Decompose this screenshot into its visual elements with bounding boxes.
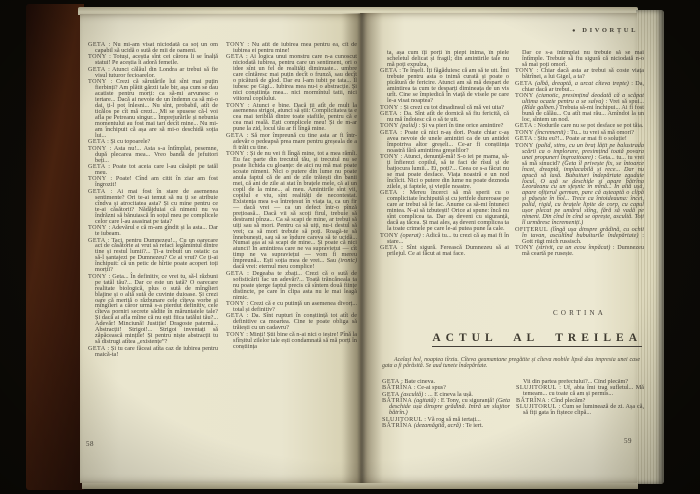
- dialogue-line: GETA : Poate că nici n-aș dori. Poate ch…: [380, 130, 509, 154]
- act-heading: ACTUL AL TREILEA: [380, 332, 642, 347]
- page-number-right: 59: [624, 437, 632, 445]
- dialogue-line: TONY : Crezi că sărutările lui sînt mai …: [88, 79, 218, 139]
- left-page-column-1: GETA : Nu mi-am visat niciodată ca soț u…: [88, 42, 218, 450]
- dialogue-line: TONY (strivit, ca un ecou împăcat) : Dum…: [515, 245, 644, 257]
- dialogue-line: TONY : Geta... În definitiv, ce vrei tu,…: [88, 274, 218, 345]
- dialogue-line: TONY (cianotic, presimțind deodată că a …: [515, 93, 644, 123]
- dialogue-line: TONY : Atunci, denunță-mă! S-o iei pe ma…: [380, 154, 509, 190]
- dialogue-line: SLUJITORUL : Cum se luminează de zi. Așa…: [516, 404, 644, 416]
- left-page-column-2: TONY : Nu atît de iubirea mea pentru ea,…: [226, 42, 357, 450]
- dialogue-line: TONY : Și de nu vei fi lîngă mine, tot a…: [226, 151, 357, 270]
- book-cover-edge: [26, 4, 84, 490]
- dialogue-line: TONY : Chiar dacă asta ar trebui să cost…: [515, 68, 644, 80]
- dialogue-line: SLUJITORUL : Uf, abia îmi trag sufletul.…: [516, 385, 644, 397]
- dialogue-line: GETA : Da. Sînt atît de dornică să fiu f…: [380, 111, 509, 123]
- running-header-title: DIVORȚUL: [582, 27, 638, 34]
- dialogue-line: TONY : Nu atît de iubirea mea pentru ea,…: [226, 42, 357, 54]
- dialogue-line: GETA : Ai logica unui monstru care n-a c…: [226, 54, 357, 102]
- dialogue-line: TONY : Minți! Știi bine că n-ai nici o i…: [226, 332, 357, 350]
- act-column-1: GETA : Bate cineva.BĂTRÎNA : Ce-ai spus?…: [382, 379, 510, 451]
- dialogue-line: GETA : Poate tot aceia care l-au căsăpit…: [88, 164, 218, 176]
- dialogue-line: GETA : Să mor împreună cu tine asta ar f…: [226, 133, 357, 151]
- page-edges-bottom: [82, 482, 638, 489]
- act-stage-direction: Același hol, noaptea tîrziu. Cîteva geam…: [382, 357, 640, 369]
- dialogue-line: GETA : Ai mai fost în stare de asemenea …: [88, 189, 218, 225]
- dialogue-line: ta, așa cum îți porți în piept inima, în…: [380, 50, 509, 68]
- dialogue-line: TONY : Poate! Cînd am citit în ziar am f…: [88, 176, 218, 188]
- dialogue-line: GETA : Taci, pentru Dumnezeu!... Cu un o…: [88, 238, 218, 274]
- dialogue-line: GETA : Sînt sigură. Ferească Dumnezeu să…: [380, 245, 509, 257]
- dialogue-line: TONY (palid, stins, cu un braț lățit pe …: [515, 143, 644, 226]
- dialogue-line: GETA : Da. Sînt rupturi în conștiință to…: [226, 313, 357, 331]
- dialogue-line: TONY : Atunci e bine. Dacă ții atît de m…: [226, 103, 357, 133]
- bullet-icon: ●: [572, 28, 578, 34]
- dialogue-line: TONY : Adevărul e că m-am gîndit și la a…: [88, 225, 218, 237]
- dialogue-line: GETA : Degeaba te zbați... Crezi că o su…: [226, 271, 357, 301]
- running-header: ● DIVORȚUL: [505, 27, 638, 34]
- dialogue-line: Dar ce s-a întîmplat nu trebuie să se ma…: [515, 50, 644, 68]
- dialogue-line: GETA : Atunci călăul din Londra ar trebu…: [88, 67, 218, 79]
- page-number-left: 58: [86, 440, 94, 448]
- dialogue-line: TONY : Totuși, aceștia sînt cei cărora l…: [88, 54, 218, 66]
- cortina-label: CORTINA: [515, 309, 644, 317]
- dialogue-line: TONY : Crezi că e cu putință un asemenea…: [226, 301, 357, 313]
- right-page-column-1: ta, așa cum îți porți în piept inima, în…: [380, 50, 509, 304]
- dialogue-line: OFIȚERUL (lîngă ușa dinspre grădină, cu …: [515, 227, 644, 245]
- dialogue-line: BĂTRÎNA (dezamăgită, acră) : Te iert.: [382, 423, 510, 429]
- dialogue-line: GETA : Te înșeli. Îți făgăduiesc că am s…: [380, 68, 509, 104]
- dialogue-line: TONY : Asta nu!... Asta s-a întîmplat, p…: [88, 146, 218, 164]
- right-page-column-2: Dar ce s-a întîmplat nu trebuie să se ma…: [515, 50, 644, 302]
- dialogue-line: GETA (albă, dreaptă, a urcat cîteva trep…: [515, 81, 644, 93]
- dialogue-line: GETA : Mereu încerci să mă sperii cu o c…: [380, 190, 509, 232]
- dialogue-line: TONY (operat) : Adică tu... tu crezi că …: [380, 233, 509, 245]
- dialogue-line: GETA : Nu mi-am visat niciodată ca soț u…: [88, 42, 218, 54]
- dialogue-line: GETA : Și tu care făceai atîta caz de iu…: [88, 346, 218, 358]
- dialogue-line: BĂTRÎNA (agitată) : E Tony, cu siguranță…: [382, 398, 510, 416]
